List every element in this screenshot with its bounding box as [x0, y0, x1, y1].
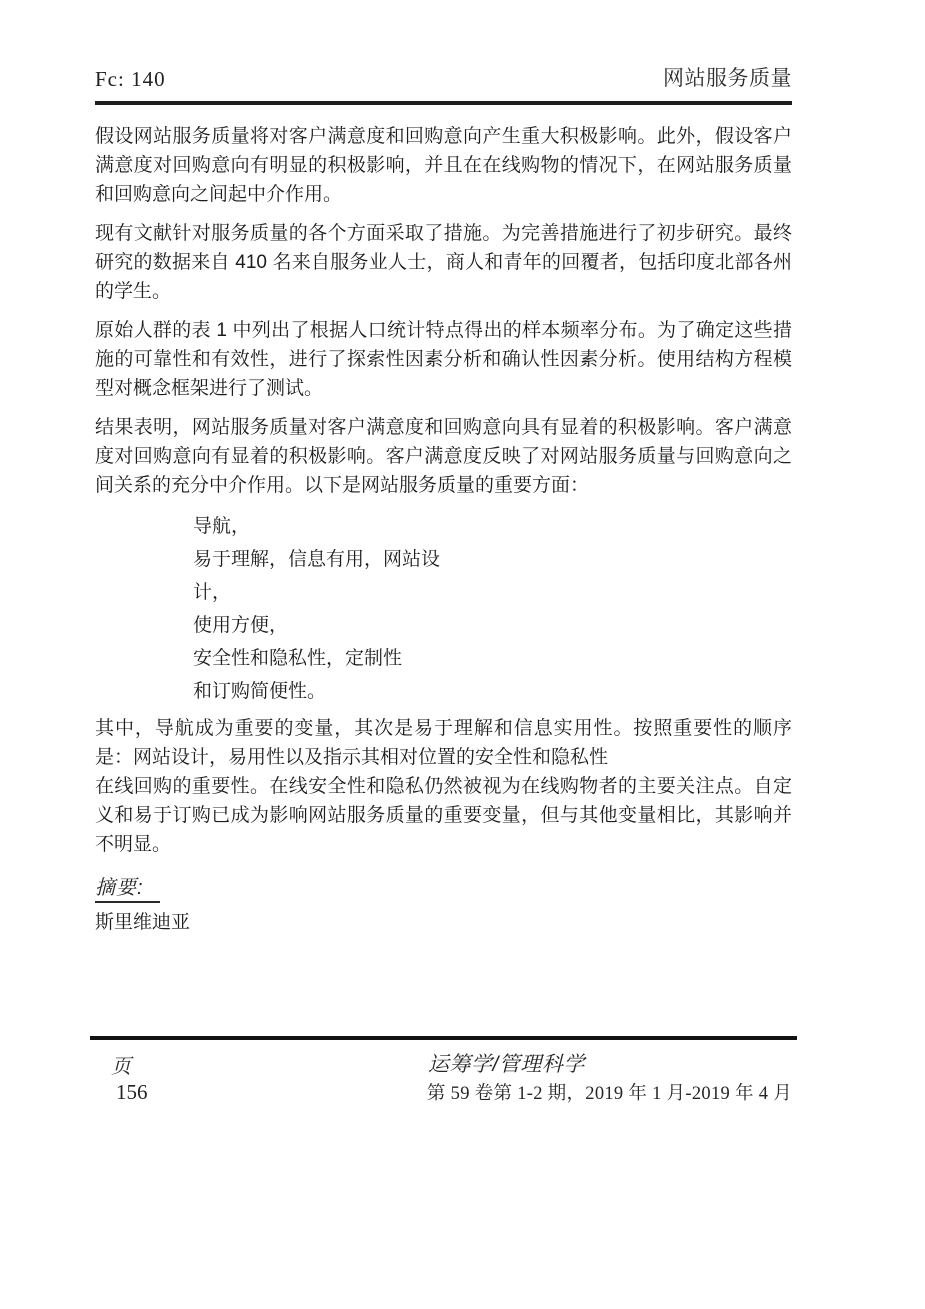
quality-aspect-line: 使用方便，	[95, 609, 792, 642]
header-rule	[95, 101, 792, 105]
abstract-author: 斯里维迪亚	[95, 908, 792, 937]
quality-aspect-line: 和订购简便性。	[95, 675, 792, 708]
header-running-title: 网站服务质量	[663, 62, 792, 92]
abstract-heading: 摘要:	[95, 871, 160, 903]
quality-aspect-line: 安全性和隐私性，定制性	[95, 642, 792, 675]
page-footer: 页 运筹学/管理科学 156 第 59 卷第 1-2 期，2019 年 1 月-…	[90, 1036, 797, 1118]
paragraph-results: 结果表明，网站服务质量对客户满意度和回购意向具有显着的积极影响。客户满意度对回购…	[95, 413, 792, 500]
paragraph-online-repurchase: 在线回购的重要性。在线安全性和隐私仍然被视为在线购物者的主要关注点。自定义和易于…	[95, 772, 792, 859]
footer-issue-info: 第 59 卷第 1-2 期，2019 年 1 月-2019 年 4 月	[427, 1079, 792, 1105]
paragraph-literature: 现有文献针对服务质量的各个方面采取了措施。为完善措施进行了初步研究。最终研究的数…	[95, 219, 792, 306]
quality-aspect-line: 导航，	[95, 510, 792, 543]
paragraph-sample: 原始人群的表 1 中列出了根据人口统计特点得出的样本频率分布。为了确定这些措施的…	[95, 316, 792, 403]
footer-page-number: 156	[116, 1080, 148, 1105]
header-code: Fc: 140	[95, 67, 166, 92]
paragraph-importance-order: 其中，导航成为重要的变量，其次是易于理解和信息实用性。按照重要性的顺序是：网站设…	[95, 714, 792, 772]
quality-aspect-line: 计，	[95, 576, 792, 609]
page-content: Fc: 140 网站服务质量 假设网站服务质量将对客户满意度和回购意向产生重大积…	[95, 62, 792, 937]
paragraph-hypothesis: 假设网站服务质量将对客户满意度和回购意向产生重大积极影响。此外，假设客户满意度对…	[95, 122, 792, 209]
footer-page-label: 页	[111, 1050, 131, 1079]
closing-paragraphs: 其中，导航成为重要的变量，其次是易于理解和信息实用性。按照重要性的顺序是：网站设…	[95, 714, 792, 859]
footer-journal-title: 运筹学/管理科学	[428, 1048, 585, 1078]
quality-aspect-list: 导航， 易于理解，信息有用，网站设 计， 使用方便， 安全性和隐私性，定制性 和…	[95, 510, 792, 708]
footer-grid: 页 运筹学/管理科学 156 第 59 卷第 1-2 期，2019 年 1 月-…	[90, 1048, 797, 1118]
quality-aspect-line: 易于理解，信息有用，网站设	[95, 543, 792, 576]
abstract-section: 摘要:	[95, 871, 792, 903]
page-header: Fc: 140 网站服务质量	[95, 62, 792, 92]
document-page: Fc: 140 网站服务质量 假设网站服务质量将对客户满意度和回购意向产生重大积…	[0, 0, 925, 1309]
footer-rule	[90, 1036, 797, 1040]
